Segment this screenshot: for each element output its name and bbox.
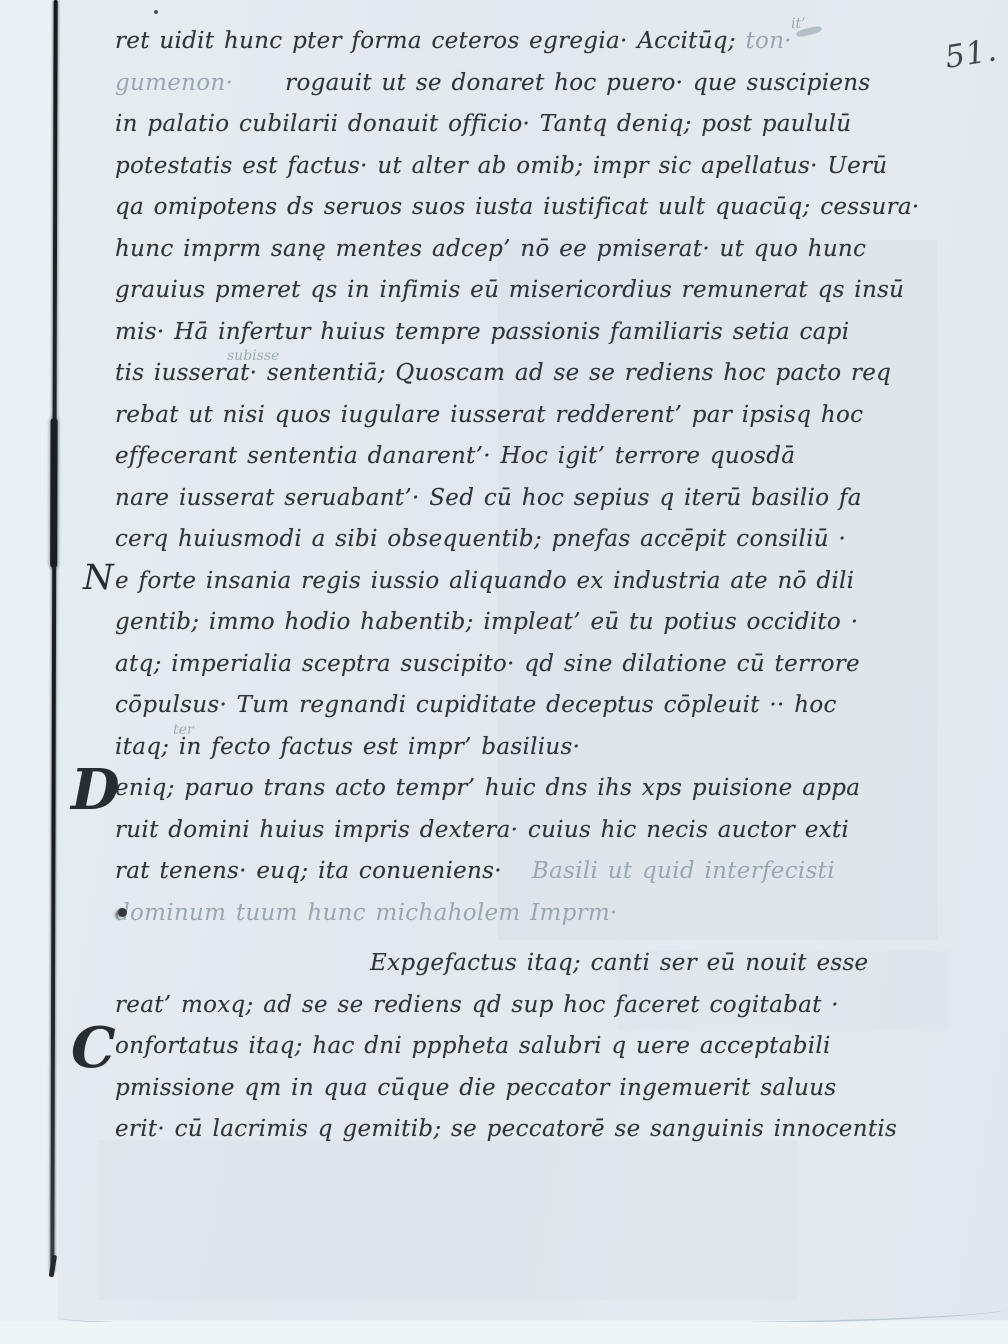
decorated-initial: N bbox=[83, 559, 114, 597]
manuscript-leaf: 51. it’ret uidit hunc pter forma ceteros… bbox=[58, 0, 1008, 1320]
text-line: erit· cū lacrimis q gemitib; se peccator… bbox=[115, 1110, 915, 1152]
text-line: gumenon·rogauit ut se donaret hoc puero·… bbox=[115, 64, 915, 106]
text-line: gentib; immo hodio habentib; impleat’ eū… bbox=[115, 603, 915, 645]
text-line: reat’ moxq; ad se se rediens qd sup hoc … bbox=[115, 986, 915, 1028]
text-line: ruit domini huius impris dextera· cuius … bbox=[115, 811, 915, 853]
text-segment: e forte insania regis iussio aliquando e… bbox=[115, 568, 854, 594]
text-line: in palatio cubilarii donauit officio· Ta… bbox=[115, 105, 915, 147]
text-line: hunc imprm sanę mentes adcep’ nō ee pmis… bbox=[115, 230, 915, 272]
text-segment: mis· Hā infertur huius tempre passionis … bbox=[115, 319, 849, 345]
text-line: Deniq; paruo trans acto tempr’ huic dns … bbox=[115, 769, 915, 811]
text-segment: Expgefactus itaq; canti ser eū nouit ess… bbox=[370, 950, 868, 976]
text-line: atq; imperialia sceptra suscipito· qd si… bbox=[115, 645, 915, 687]
text-segment: effecerant sententia danarent’· Hoc igit… bbox=[115, 443, 795, 469]
text-segment: gumenon· bbox=[115, 70, 233, 96]
decorated-initial: D bbox=[71, 765, 120, 815]
text-segment: dominum tuum hunc michaholem Imprm· bbox=[115, 900, 618, 926]
text-segment: cōpulsus· Tum regnandi cupiditate decept… bbox=[115, 692, 837, 718]
text-segment: rat tenens· euq; ita conueniens· bbox=[115, 858, 502, 884]
decorated-initial: C bbox=[71, 1023, 116, 1073]
text-segment: rebat ut nisi quos iugulare iusserat red… bbox=[115, 402, 863, 428]
text-line: it’ret uidit hunc pter forma ceteros egr… bbox=[115, 22, 915, 64]
text-segment: nare iusserat seruabant’· Sed cū hoc sep… bbox=[115, 485, 862, 511]
text-segment: hunc imprm sanę mentes adcep’ nō ee pmis… bbox=[115, 236, 866, 262]
text-line: teritaq; in fecto factus est impr’ basil… bbox=[115, 728, 915, 770]
text-line: nare iusserat seruabant’· Sed cū hoc sep… bbox=[115, 479, 915, 521]
text-line: cerq huiusmodi a sibi obsequentib; pnefa… bbox=[115, 520, 915, 562]
text-segment: qa omipotens ds seruos suos iusta iustif… bbox=[115, 194, 920, 220]
text-line: effecerant sententia danarent’· Hoc igit… bbox=[115, 437, 915, 479]
text-segment: gentib; immo hodio habentib; impleat’ eū… bbox=[115, 609, 858, 635]
text-segment: in palatio cubilarii donauit officio· Ta… bbox=[115, 111, 851, 137]
margin-dot bbox=[118, 908, 127, 917]
text-segment: pmissione qm in qua cūque die peccator i… bbox=[115, 1075, 836, 1101]
text-block: it’ret uidit hunc pter forma ceteros egr… bbox=[115, 22, 915, 1152]
text-line: Ne forte insania regis iussio aliquando … bbox=[115, 562, 915, 604]
text-line: potestatis est factus· ut alter ab omib;… bbox=[115, 147, 915, 189]
text-segment: ruit domini huius impris dextera· cuius … bbox=[115, 817, 849, 843]
text-segment: potestatis est factus· ut alter ab omib;… bbox=[115, 153, 887, 179]
text-line: subissetis iusserat· sententiā; Quoscam … bbox=[115, 354, 915, 396]
text-segment: onfortatus itaq; hac dni pppheta salubri… bbox=[115, 1033, 831, 1059]
ink-speck bbox=[154, 10, 158, 14]
text-segment: Basili ut quid interfecisti bbox=[532, 858, 835, 884]
text-line: Confortatus itaq; hac dni pppheta salubr… bbox=[115, 1027, 915, 1069]
folio-number: 51. bbox=[943, 32, 1000, 76]
text-line: grauius pmeret qs in infimis eū miserico… bbox=[115, 271, 915, 313]
text-line: qa omipotens ds seruos suos iusta iustif… bbox=[115, 188, 915, 230]
text-segment: ton· bbox=[746, 28, 792, 54]
manuscript-photo: 51. it’ret uidit hunc pter forma ceteros… bbox=[0, 0, 1008, 1344]
interlinear-gloss: subisse bbox=[227, 349, 279, 363]
gutter-margin bbox=[0, 0, 58, 1344]
text-segment: atq; imperialia sceptra suscipito· qd si… bbox=[115, 651, 860, 677]
text-line: cōpulsus· Tum regnandi cupiditate decept… bbox=[115, 686, 915, 728]
text-line: rebat ut nisi quos iugulare iusserat red… bbox=[115, 396, 915, 438]
text-line: pmissione qm in qua cūque die peccator i… bbox=[115, 1069, 915, 1111]
text-segment: erit· cū lacrimis q gemitib; se peccator… bbox=[115, 1116, 897, 1142]
text-segment: rogauit ut se donaret hoc puero· que sus… bbox=[285, 70, 870, 96]
text-line: rat tenens· euq; ita conueniens·Basili u… bbox=[115, 852, 915, 894]
text-segment: cerq huiusmodi a sibi obsequentib; pnefa… bbox=[115, 526, 846, 552]
interlinear-gloss: ter bbox=[173, 723, 194, 737]
text-line: dominum tuum hunc michaholem Imprm· bbox=[115, 894, 915, 936]
text-line: Expgefactus itaq; canti ser eū nouit ess… bbox=[370, 944, 915, 986]
text-segment: eniq; paruo trans acto tempr’ huic dns i… bbox=[115, 775, 860, 801]
photo-margin-bottom bbox=[0, 1322, 1008, 1344]
text-segment: reat’ moxq; ad se se rediens qd sup hoc … bbox=[115, 992, 839, 1018]
text-segment: ret uidit hunc pter forma ceteros egregi… bbox=[115, 28, 746, 54]
text-segment: grauius pmeret qs in infimis eū miserico… bbox=[115, 277, 904, 303]
